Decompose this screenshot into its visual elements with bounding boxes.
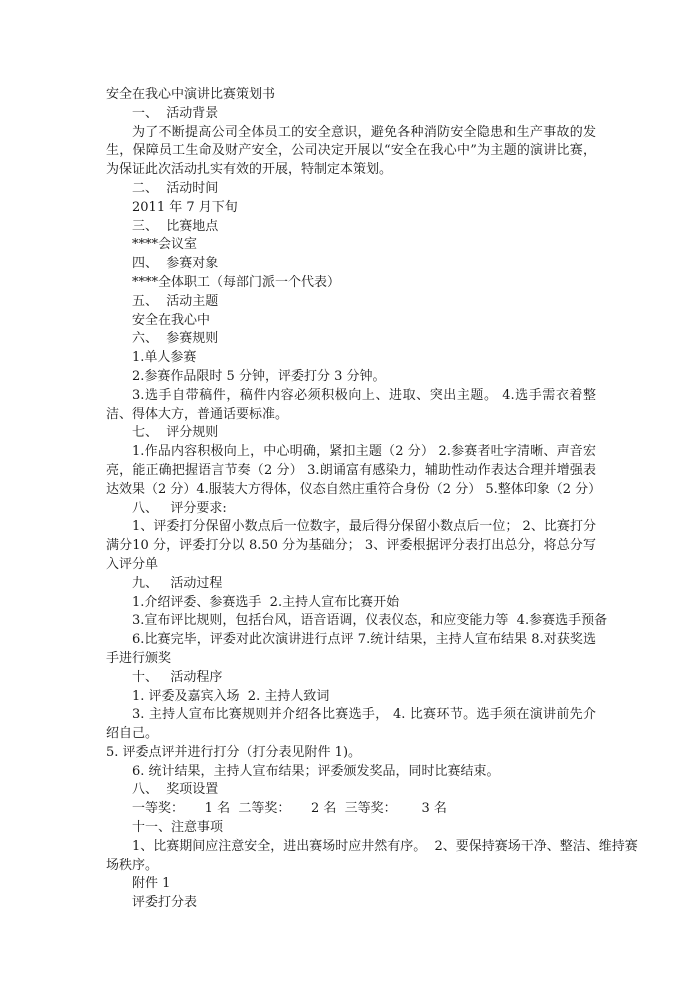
paragraph: 1. 评委及嘉宾入场 2. 主持人致词 [106, 688, 596, 707]
paragraph: ****会议室 [106, 236, 596, 255]
paragraph: 3.宣布评比规则，包括台风，语音语调，仪表仪态，和应变能力等 4.参赛选手预备 [106, 612, 596, 631]
paragraph: 1.作品内容积极向上，中心明确，紧扣主题（2 分） 2.参赛者吐字清晰、声音宏亮… [106, 443, 596, 499]
paragraph: 1.单人参赛 [106, 349, 596, 368]
paragraph: 场秩序。 [106, 857, 596, 876]
section-heading: 十、 活动程序 [106, 669, 596, 688]
section-heading: 八、 奖项设置 [106, 781, 596, 800]
section-heading: 二、 活动时间 [106, 180, 596, 199]
paragraph: 1、评委打分保留小数点后一位数字，最后得分保留小数点后一位； 2、比赛打分满分1… [106, 518, 596, 574]
section-heading: 七、 评分规则 [106, 424, 596, 443]
section-heading: 八、 评分要求: [106, 500, 596, 519]
section-heading: 一、 活动背景 [106, 105, 596, 124]
section-heading: 六、 参赛规则 [106, 330, 596, 349]
section-heading: 附件 1 [106, 875, 596, 894]
section-heading: 十一、注意事项 [106, 819, 596, 838]
paragraph: ****全体职工（每部门派一个代表） [106, 274, 596, 293]
paragraph: 3. 主持人宣布比赛规则并介绍各比赛选手， 4. 比赛环节。选手须在演讲前先介绍… [106, 706, 596, 744]
paragraph: 6. 统计结果，主持人宣布结果；评委颁发奖品，同时比赛结束。 [106, 763, 596, 782]
paragraph: 1.介绍评委、参赛选手 2.主持人宣布比赛开始 [106, 594, 596, 613]
section-heading: 九、 活动过程 [106, 575, 596, 594]
paragraph: 6.比赛完毕，评委对此次演讲进行点评 7.统计结果，主持人宣布结果 8.对获奖选… [106, 631, 596, 669]
section-heading: 五、 活动主题 [106, 293, 596, 312]
paragraph: 安全在我心中 [106, 312, 596, 331]
section-heading: 四、 参赛对象 [106, 255, 596, 274]
paragraph: 为了不断提高公司全体员工的安全意识，避免各种消防安全隐患和生产事故的发生，保障员… [106, 124, 596, 180]
paragraph: 5. 评委点评并进行打分（打分表见附件 1)。 [106, 744, 596, 763]
document-page: 安全在我心中演讲比赛策划书 一、 活动背景 为了不断提高公司全体员工的安全意识，… [106, 86, 596, 913]
paragraph: 2.参赛作品限时 5 分钟，评委打分 3 分钟。 [106, 368, 596, 387]
paragraph: 评委打分表 [106, 894, 596, 913]
paragraph: 1、比赛期间应注意安全，进出赛场时应井然有序。 2、要保持赛场干净、整洁、维持赛 [106, 838, 596, 857]
paragraph: 一等奖： 1 名 二等奖： 2 名 三等奖： 3 名 [106, 800, 596, 819]
document-title: 安全在我心中演讲比赛策划书 [106, 86, 596, 105]
section-heading: 三、 比赛地点 [106, 218, 596, 237]
paragraph: 3.选手自带稿件，稿件内容必须积极向上、进取、突出主题。 4.选手需衣着整洁、得… [106, 387, 596, 425]
paragraph: 2011 年 7 月下旬 [106, 199, 596, 218]
